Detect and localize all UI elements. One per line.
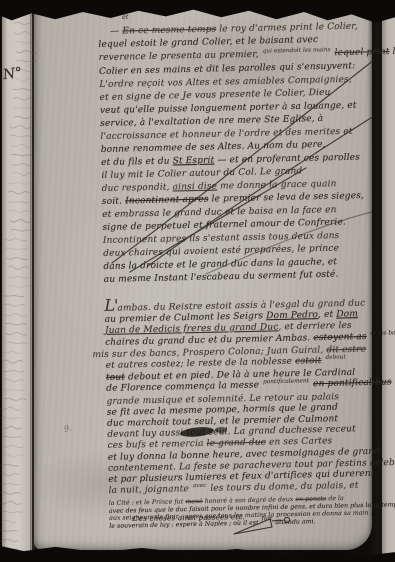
paragraph-p3: la Cité ; et le Prince fut mené honoré à… <box>109 494 388 531</box>
margin-folio-mark: N° <box>2 65 23 84</box>
insertion-mark: et <box>122 13 128 21</box>
adjacent-page-edge <box>2 0 32 562</box>
margin-side-mark: 9. <box>63 423 72 433</box>
manuscript-text: — En ce mesme temps le roy d'armes print… <box>98 20 387 531</box>
paragraph-p1: — En ce mesme temps le roy d'armes print… <box>98 20 382 287</box>
paragraph-p2: L'ambas. du Reistre estoit assis à l'esg… <box>104 294 386 499</box>
manuscript-scan: N° 9. et — En ce mesme temps le roy d'ar… <box>0 0 395 562</box>
